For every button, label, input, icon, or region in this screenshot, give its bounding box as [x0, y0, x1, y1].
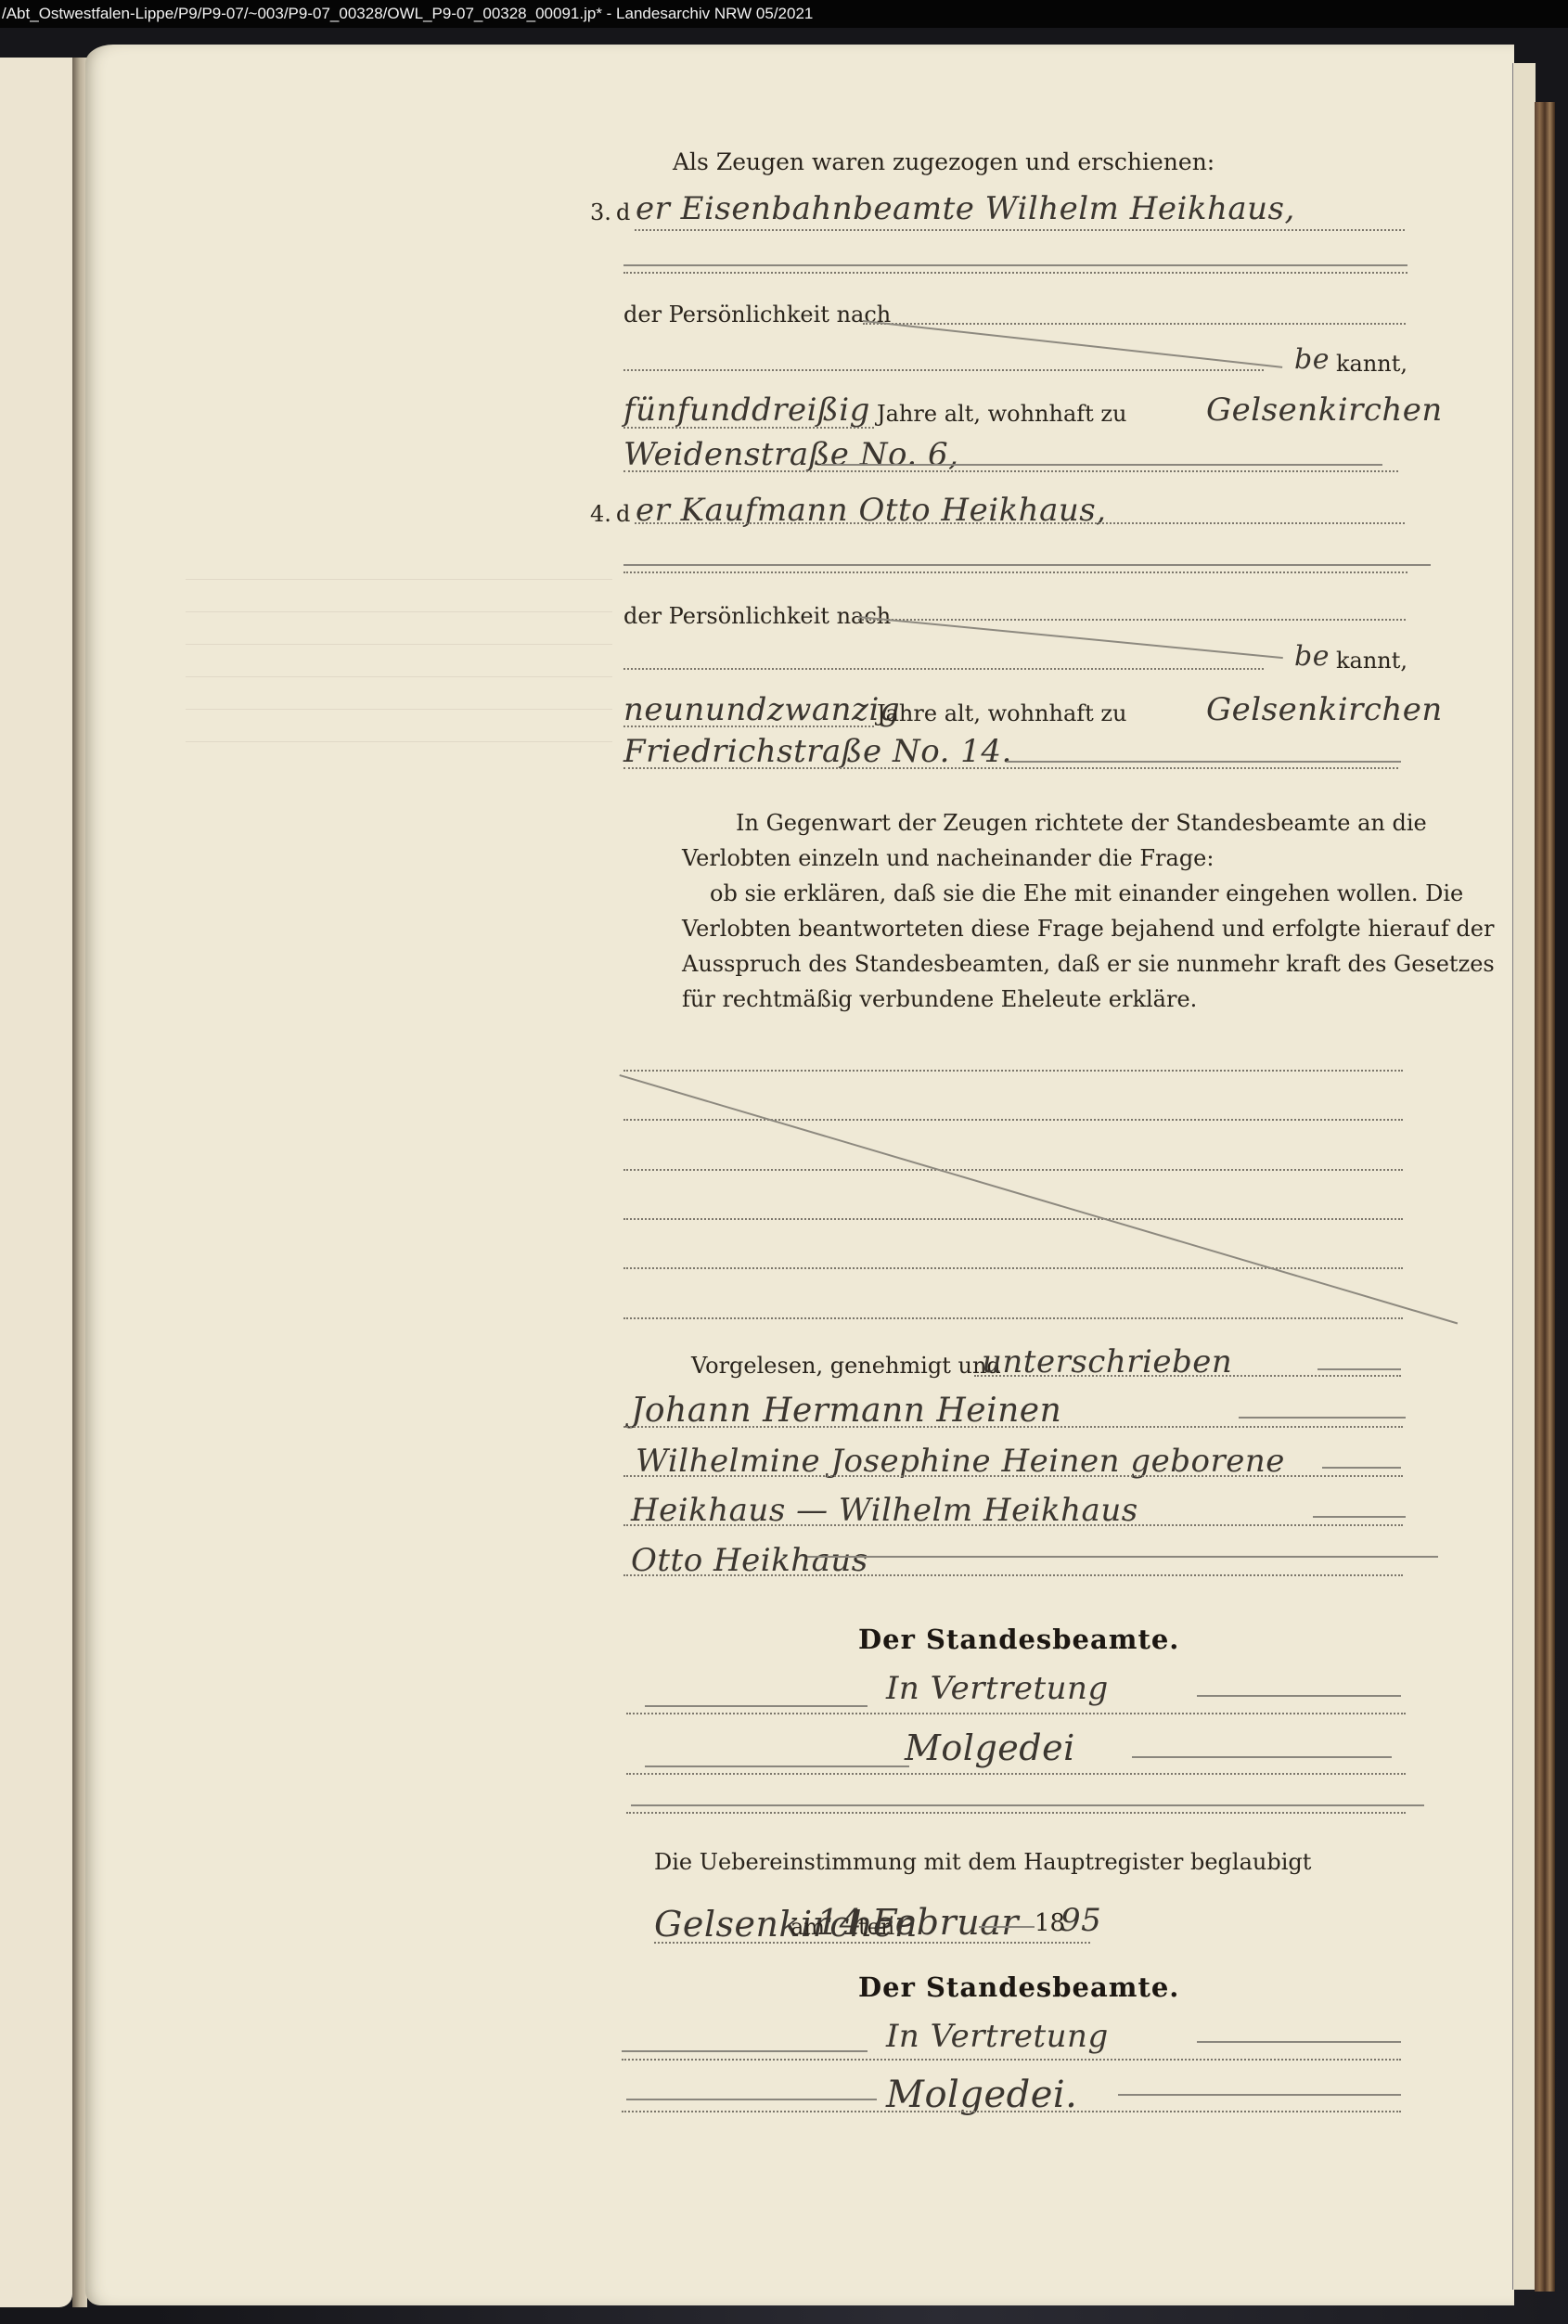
rule	[631, 1804, 1424, 1806]
witness4-address: Friedrichstraße No. 14.	[623, 733, 1012, 770]
dotted-rule	[858, 619, 1406, 621]
register-entry: Als Zeugen waren zugezogen und erschiene…	[0, 0, 1568, 2324]
cancel-strike-line	[619, 1074, 1458, 1324]
rule	[623, 264, 1407, 266]
ceremony-line: für rechtmäßig verbundene Eheleute erklä…	[682, 982, 1406, 1017]
witness-header: Als Zeugen waren zugezogen und erschiene…	[673, 148, 1215, 175]
rule	[807, 1556, 1438, 1558]
dotted-rule	[654, 1942, 1090, 1944]
dotted-rule	[623, 1267, 1403, 1269]
dotted-rule	[623, 272, 1407, 274]
rule	[622, 2050, 868, 2052]
certification-day: 14	[816, 1902, 862, 1943]
witness4-age-label: Jahre alt, wohnhaft zu	[877, 700, 1127, 726]
dotted-rule	[623, 767, 1398, 769]
witness3-number: 3.	[590, 199, 611, 225]
dotted-rule	[623, 470, 1398, 472]
rule	[1118, 2094, 1401, 2096]
registrar-hand-line1: In Vertretung	[886, 1670, 1109, 1707]
dotted-rule	[623, 369, 1264, 371]
witness3-residence: Gelsenkirchen	[1206, 392, 1443, 429]
dotted-rule	[622, 2111, 1401, 2112]
witness3-identity-suffix: kannt,	[1336, 351, 1407, 377]
certification-month: Februar	[872, 1902, 1019, 1943]
witness3-age-label: Jahre alt, wohnhaft zu	[877, 401, 1127, 427]
witness4-identity-label: der Persönlichkeit nach	[623, 603, 891, 629]
dotted-rule	[623, 571, 1407, 573]
dotted-rule	[863, 323, 1406, 325]
ceremony-line: Verlobten einzeln und nacheinander die F…	[682, 841, 1406, 876]
rule	[645, 1705, 868, 1707]
rule	[1239, 1417, 1406, 1419]
signatures-label: Vorgelesen, genehmigt und	[691, 1353, 1001, 1379]
ceremony-paragraph: In Gegenwart der Zeugen richtete der Sta…	[682, 805, 1406, 1017]
rule	[979, 1926, 1035, 1928]
rule	[821, 464, 1382, 466]
rule	[626, 2099, 877, 2100]
certification-text: Die Uebereinstimmung mit dem Hauptregist…	[654, 1849, 1311, 1875]
dotted-rule	[626, 1773, 1406, 1775]
witness4-identity-suffix: kannt,	[1336, 648, 1407, 674]
dotted-rule	[623, 668, 1264, 670]
witness3-address: Weidenstraße No. 6,	[623, 436, 958, 473]
registrar-hand-line2: Molgedei	[905, 1727, 1075, 1768]
rule	[1007, 761, 1401, 763]
signature-line: Heikhaus — Wilhelm Heikhaus	[631, 1492, 1138, 1529]
dotted-rule	[623, 1070, 1403, 1072]
strike-line	[863, 320, 1282, 368]
certification-registrar-title: Der Standesbeamte.	[858, 1971, 1179, 2003]
dotted-rule	[974, 1375, 1401, 1377]
witness4-identity-hand: be	[1294, 640, 1330, 673]
dotted-rule	[623, 725, 874, 727]
strike-line	[858, 616, 1283, 659]
rule	[1197, 2041, 1401, 2043]
witness3-prefix: d	[616, 199, 630, 225]
registrar-title: Der Standesbeamte.	[858, 1624, 1179, 1655]
witness4-age: neunundzwanzig	[623, 691, 900, 728]
certification-registrar-hand-line1: In Vertretung	[886, 2018, 1109, 2055]
dotted-rule	[623, 427, 874, 429]
signature-line: Wilhelmine Josephine Heinen geborene	[636, 1443, 1285, 1480]
dotted-rule	[623, 1169, 1403, 1171]
dotted-rule	[623, 1524, 1403, 1526]
witness4-residence: Gelsenkirchen	[1206, 691, 1443, 728]
rule	[645, 1765, 909, 1767]
rule	[1322, 1467, 1401, 1469]
dotted-rule	[626, 1812, 1406, 1814]
ceremony-line: ob sie erklären, daß sie die Ehe mit ein…	[682, 876, 1406, 911]
witness3-age: fünfunddreißig	[623, 392, 870, 429]
dotted-rule	[635, 229, 1405, 231]
signature-line: Johann Hermann Heinen	[631, 1392, 1061, 1430]
dotted-rule	[623, 1475, 1403, 1477]
ceremony-line: Ausspruch des Standesbeamten, daß er sie…	[682, 946, 1406, 982]
witness3-identity-hand: be	[1294, 343, 1330, 376]
dotted-rule	[623, 1119, 1403, 1121]
dotted-rule	[623, 1317, 1403, 1319]
rule	[623, 564, 1431, 566]
dotted-rule	[635, 522, 1405, 524]
dotted-rule	[623, 1426, 1403, 1428]
ceremony-line: Verlobten beantworteten diese Frage beja…	[682, 911, 1406, 946]
dotted-rule	[626, 1713, 1406, 1714]
dotted-rule	[623, 1218, 1403, 1220]
rule	[1317, 1368, 1401, 1370]
dotted-rule	[622, 2059, 1401, 2061]
ceremony-line: In Gegenwart der Zeugen richtete der Sta…	[682, 805, 1406, 841]
signature-line: Otto Heikhaus	[631, 1542, 868, 1579]
rule	[1132, 1756, 1392, 1758]
witness3-name: er Eisenbahnbeamte Wilhelm Heikhaus,	[636, 190, 1295, 227]
witness4-prefix: d	[616, 501, 630, 527]
dotted-rule	[623, 1574, 1403, 1576]
rule	[1313, 1516, 1406, 1518]
witness4-number: 4.	[590, 501, 611, 527]
witness3-identity-label: der Persönlichkeit nach	[623, 302, 891, 327]
rule	[1197, 1695, 1401, 1697]
certification-year-hand: 95	[1060, 1902, 1101, 1939]
